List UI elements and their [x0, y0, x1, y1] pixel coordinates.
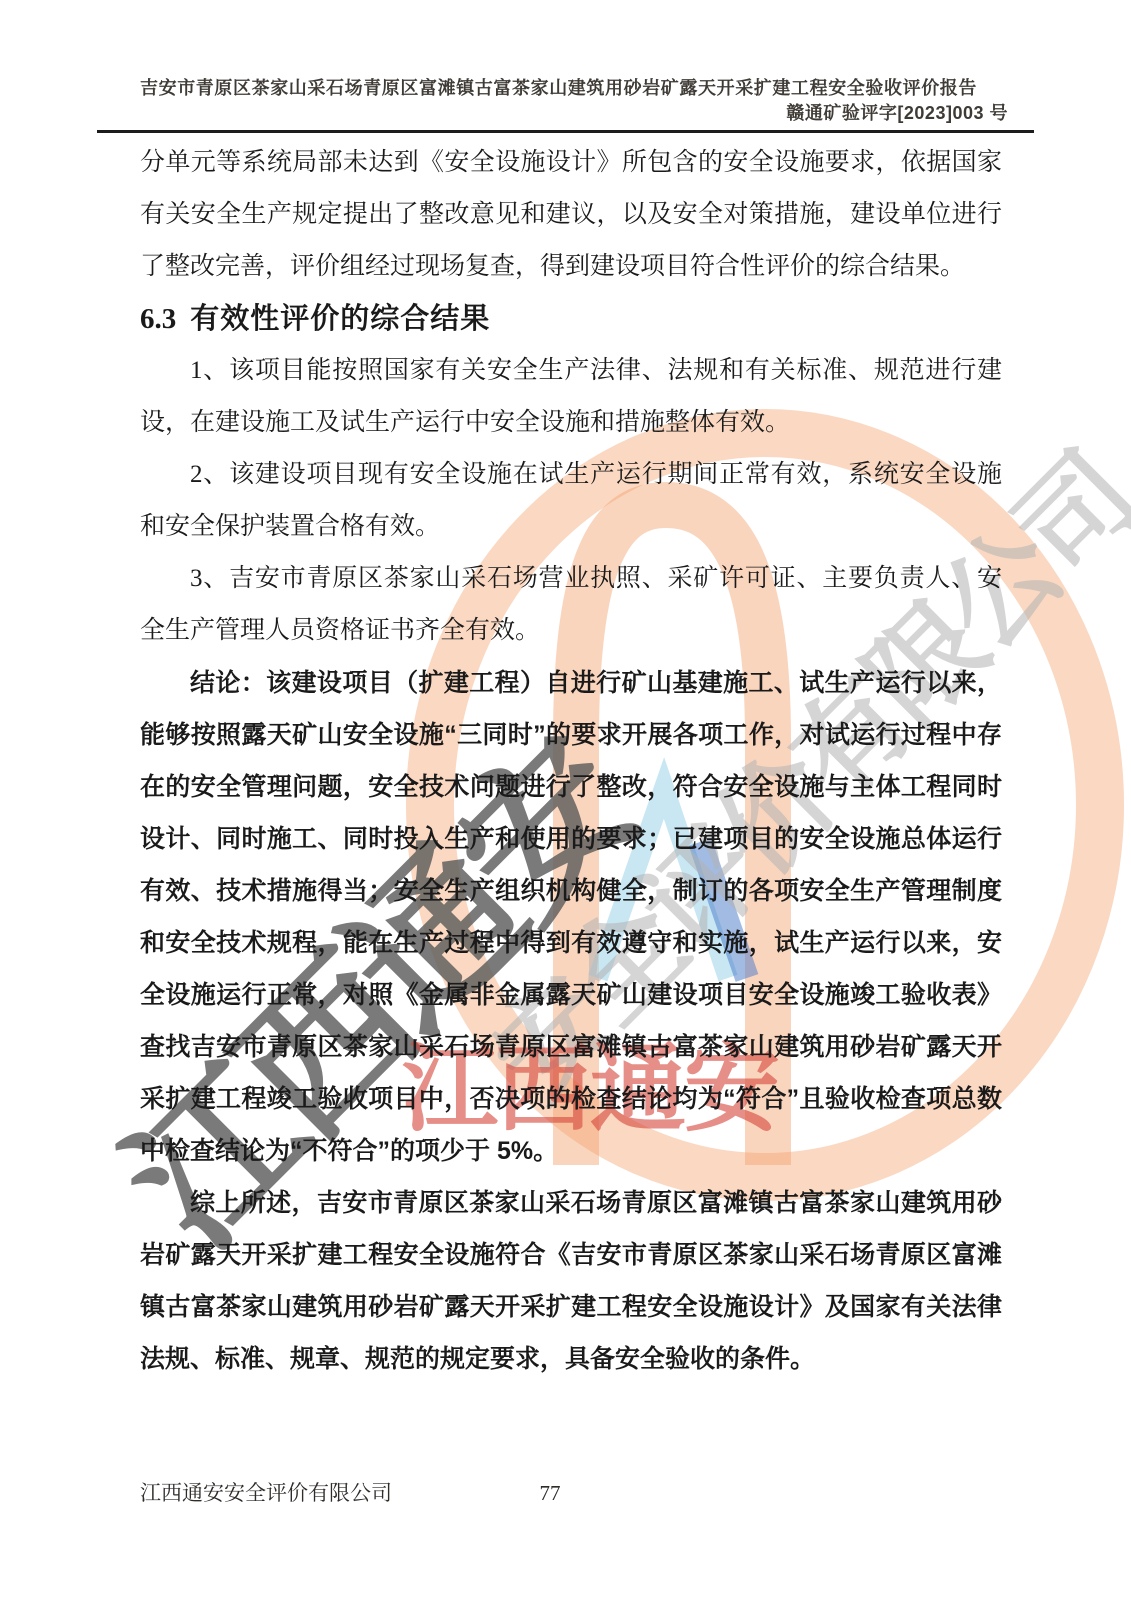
footer-page-number: 77 [520, 1478, 580, 1508]
report-title: 吉安市青原区茶家山采石场青原区富滩镇古富茶家山建筑用砂岩矿露天开采扩建工程安全验… [140, 76, 1008, 100]
section-title: 有效性评价的综合结果 [190, 303, 490, 335]
page-header: 吉安市青原区茶家山采石场青原区富滩镇古富茶家山建筑用砂岩矿露天开采扩建工程安全验… [140, 76, 1008, 126]
paragraph-conclusion: 结论：该建设项目（扩建工程）自进行矿山基建施工、试生产运行以来，能够按照露天矿山… [140, 657, 1002, 1177]
section-number: 6.3 [140, 303, 176, 335]
doc-number: 赣通矿验评字[2023]003 号 [140, 100, 1008, 126]
paragraph-intro: 分单元等系统局部未达到《安全设施设计》所包含的安全设施要求，依据国家有关安全生产… [140, 137, 1002, 293]
paragraph-item-2: 2、该建设项目现有安全设施在试生产运行期间正常有效，系统安全设施和安全保护装置合… [140, 449, 1002, 553]
document-page: 江西通安 安全评价有限公司 江西通安 吉安市青原区茶家山采石场青原区富滩镇古富茶… [0, 0, 1131, 1600]
section-heading: 6.3有效性评价的综合结果 [140, 293, 1002, 345]
document-body: 分单元等系统局部未达到《安全设施设计》所包含的安全设施要求，依据国家有关安全生产… [140, 137, 1002, 1385]
footer-company: 江西通安安全评价有限公司 [140, 1478, 392, 1508]
header-divider [97, 130, 1034, 133]
paragraph-item-3: 3、吉安市青原区茶家山采石场营业执照、采矿许可证、主要负责人、安全生产管理人员资… [140, 553, 1002, 657]
page-footer: 江西通安安全评价有限公司 77 [140, 1478, 1002, 1508]
paragraph-item-1: 1、该项目能按照国家有关安全生产法律、法规和有关标准、规范进行建设，在建设施工及… [140, 345, 1002, 449]
paragraph-summary: 综上所述，吉安市青原区茶家山采石场青原区富滩镇古富茶家山建筑用砂岩矿露天开采扩建… [140, 1177, 1002, 1385]
